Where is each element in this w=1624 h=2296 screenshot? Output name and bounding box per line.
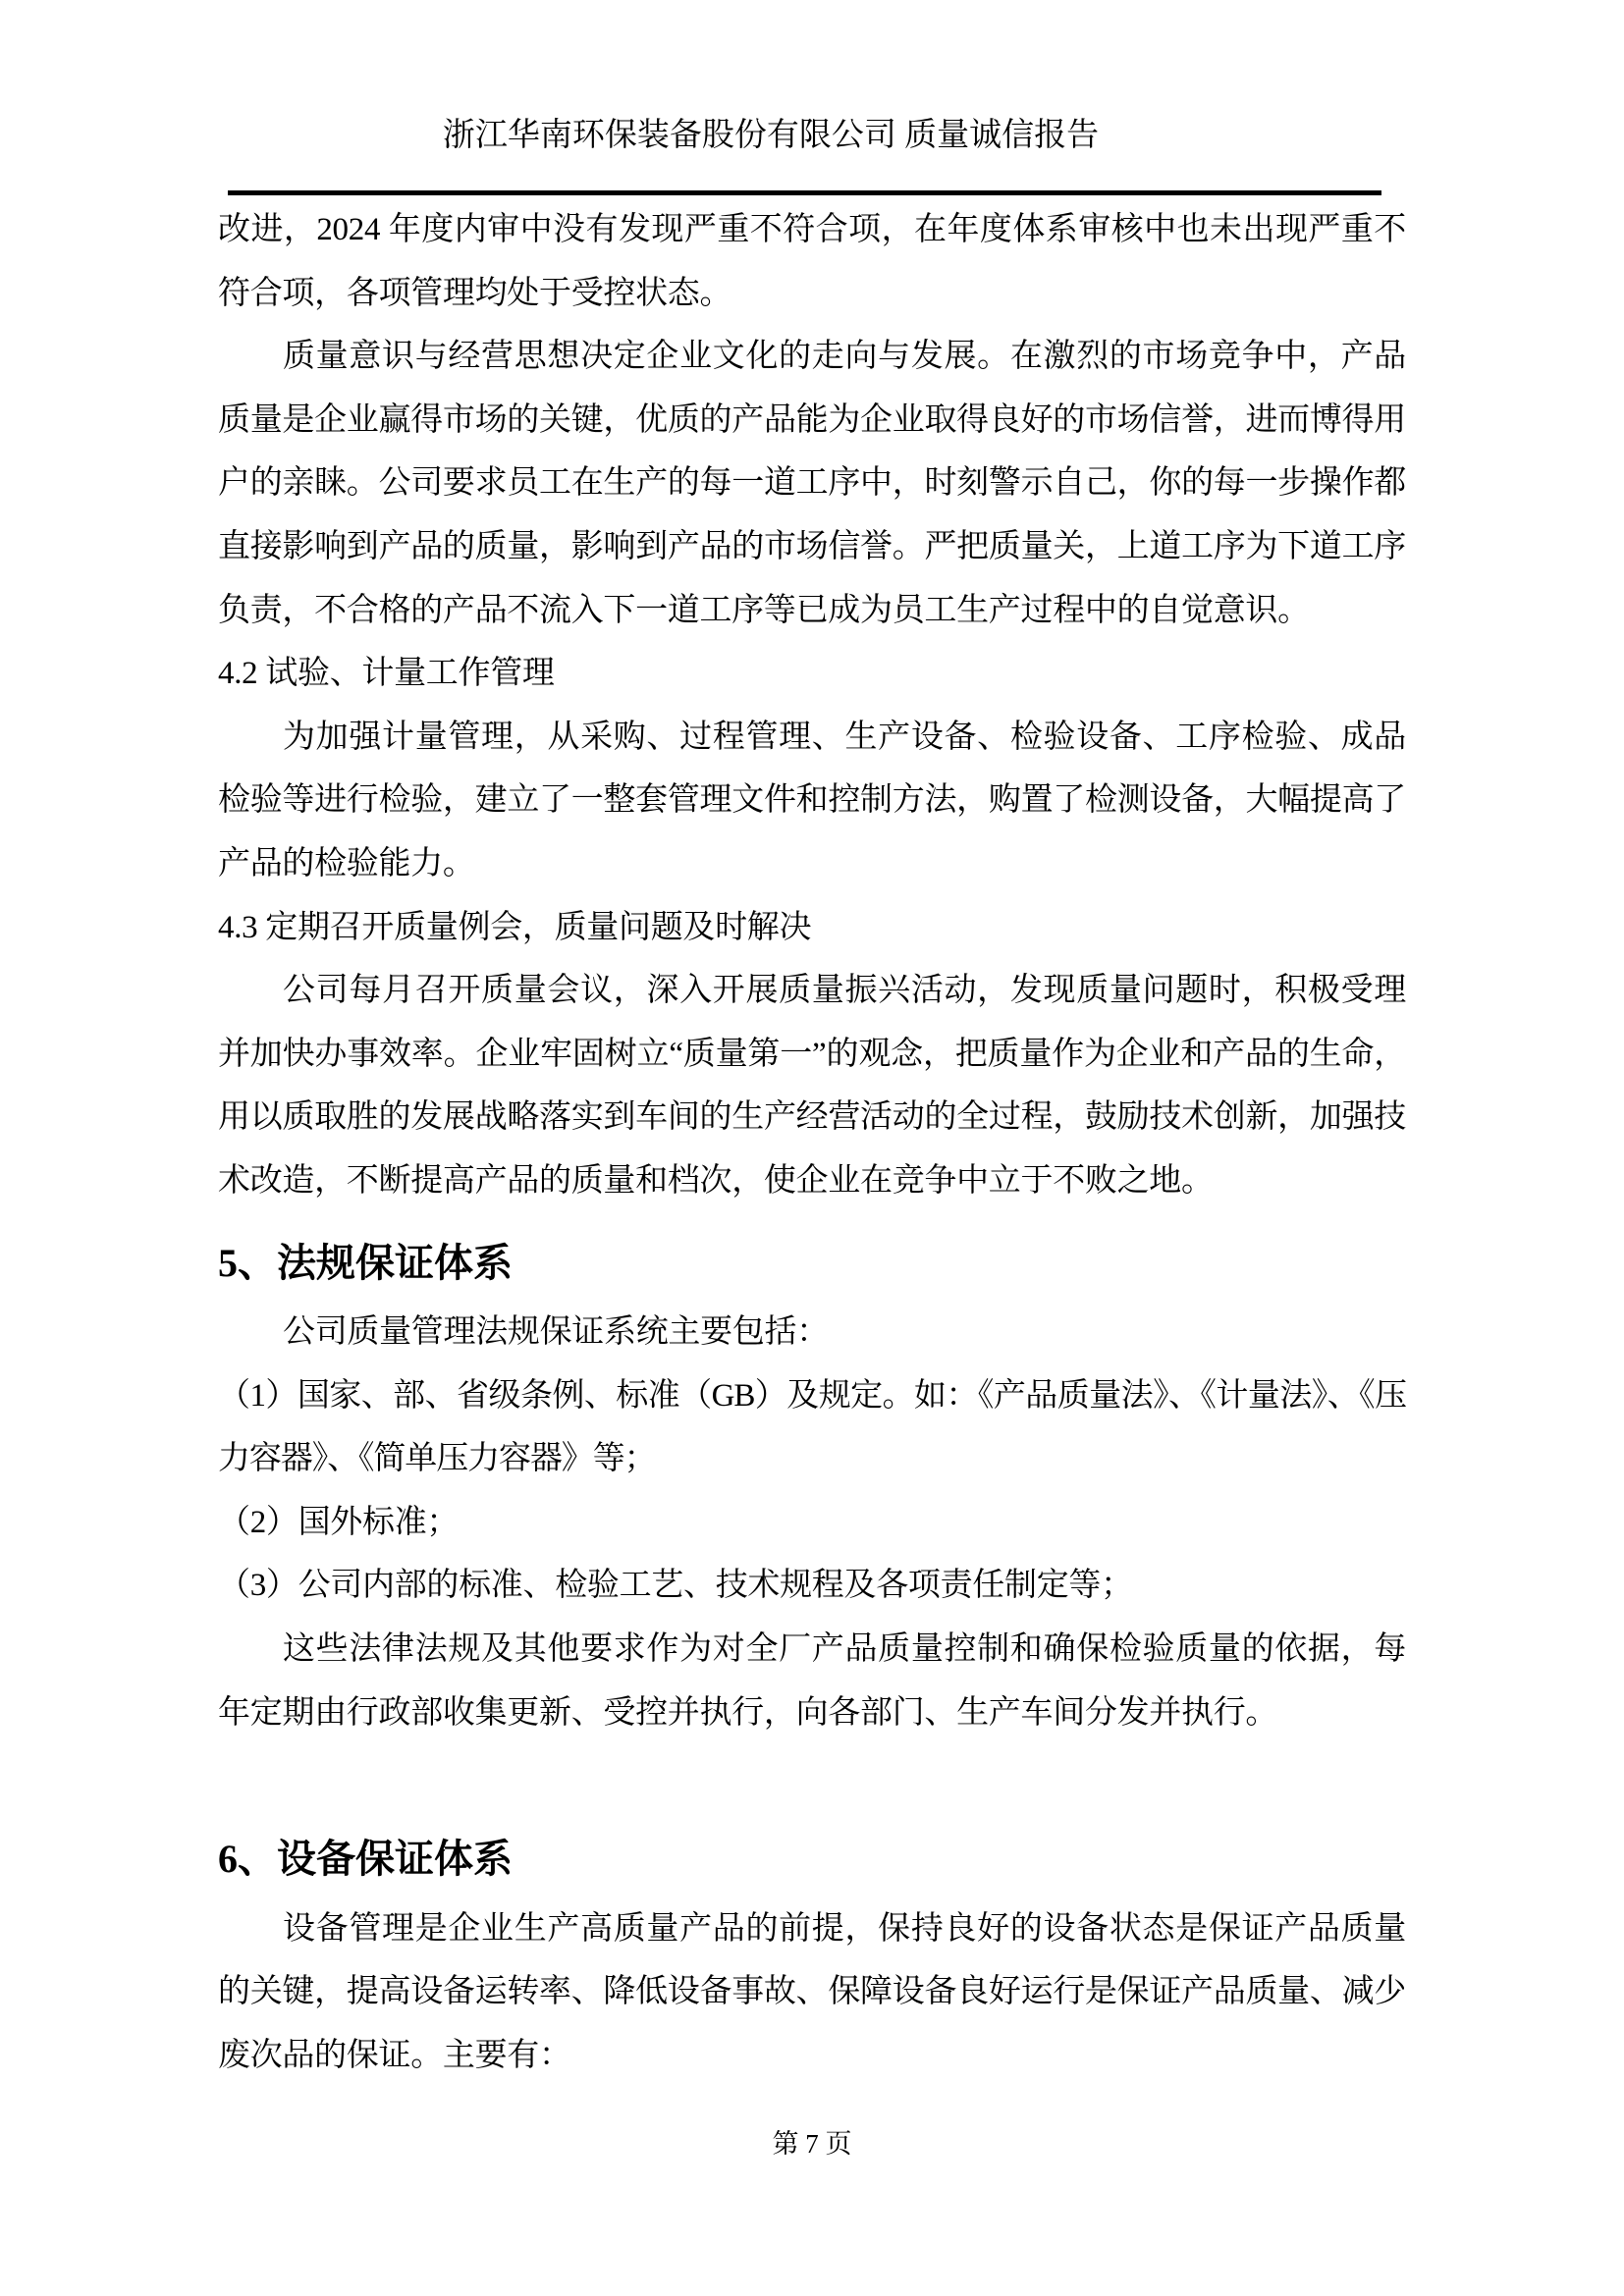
running-header-title: 浙江华南环保装备股份有限公司 质量诚信报告 — [0, 114, 1583, 157]
paragraph: 这些法律法规及其他要求作为对全厂产品质量控制和确保检验质量的依据，每年定期由行政… — [218, 1618, 1406, 1744]
paragraph: 设备管理是企业生产高质量产品的前提，保持良好的设备状态是保证产品质量的关键，提高… — [218, 1897, 1406, 2088]
paragraph: （1）国家、部、省级条例、标准（GB）及规定。如：《产品质量法》、《计量法》、《… — [218, 1364, 1406, 1491]
paragraph: 4.3 定期召开质量例会，质量问题及时解决 — [218, 896, 1406, 960]
header-rule — [228, 190, 1381, 195]
section-heading: 5、法规保证体系 — [218, 1232, 1406, 1296]
paragraph: 公司每月召开质量会议，深入开展质量振兴活动，发现质量问题时，积极受理并加快办事效… — [218, 959, 1406, 1212]
paragraph: 公司质量管理法规保证系统主要包括： — [218, 1301, 1406, 1364]
paragraph: 质量意识与经营思想决定企业文化的走向与发展。在激烈的市场竞争中，产品质量是企业赢… — [218, 325, 1406, 642]
paragraph: 为加强计量管理，从采购、过程管理、生产设备、检验设备、工序检验、成品检验等进行检… — [218, 706, 1406, 896]
paragraph: （3）公司内部的标准、检验工艺、技术规程及各项责任制定等； — [218, 1554, 1406, 1618]
paragraph: 改进，2024 年度内审中没有发现严重不符合项，在年度体系审核中也未出现严重不符… — [218, 198, 1406, 325]
section-heading: 6、设备保证体系 — [218, 1828, 1406, 1892]
document-page: 浙江华南环保装备股份有限公司 质量诚信报告 改进，2024 年度内审中没有发现严… — [0, 0, 1624, 2296]
document-body: 改进，2024 年度内审中没有发现严重不符合项，在年度体系审核中也未出现严重不符… — [218, 198, 1406, 2088]
paragraph: 4.2 试验、计量工作管理 — [218, 642, 1406, 706]
page-number: 第 7 页 — [0, 2126, 1624, 2162]
paragraph: （2）国外标准； — [218, 1491, 1406, 1555]
